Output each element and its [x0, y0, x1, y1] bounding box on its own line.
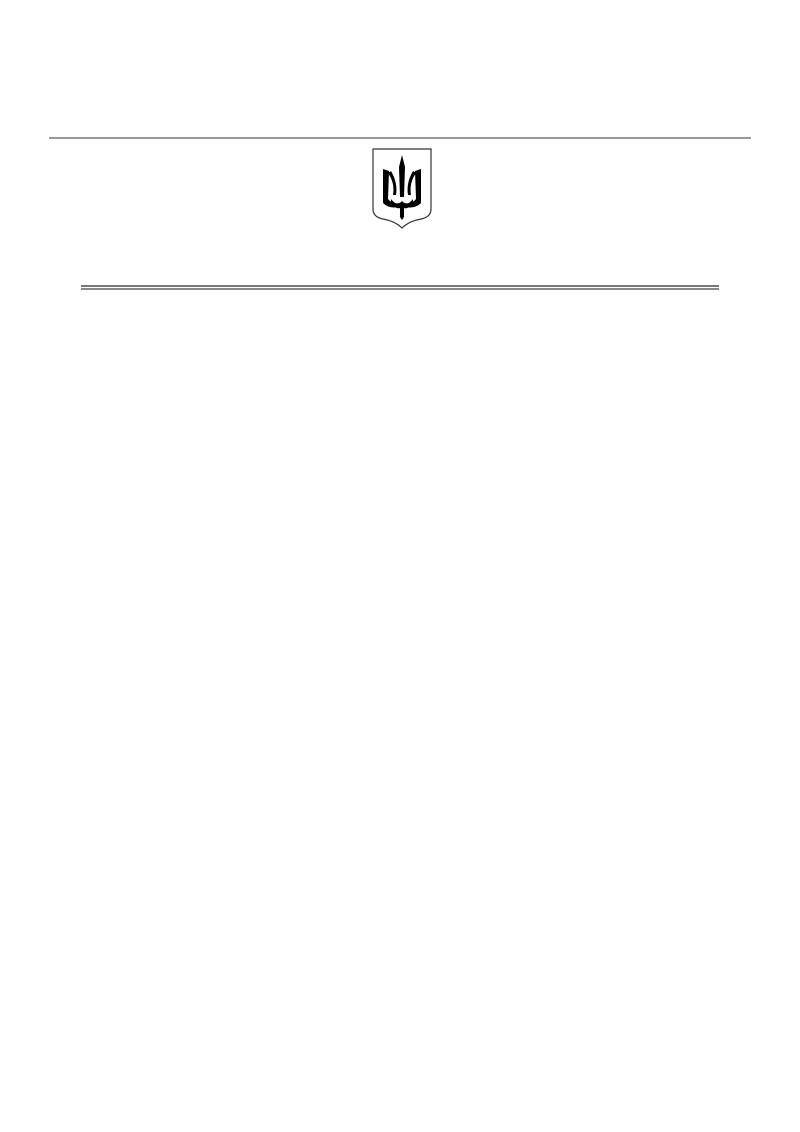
coat-of-arms-icon	[371, 147, 433, 229]
divider	[49, 137, 751, 139]
double-divider	[81, 285, 719, 290]
